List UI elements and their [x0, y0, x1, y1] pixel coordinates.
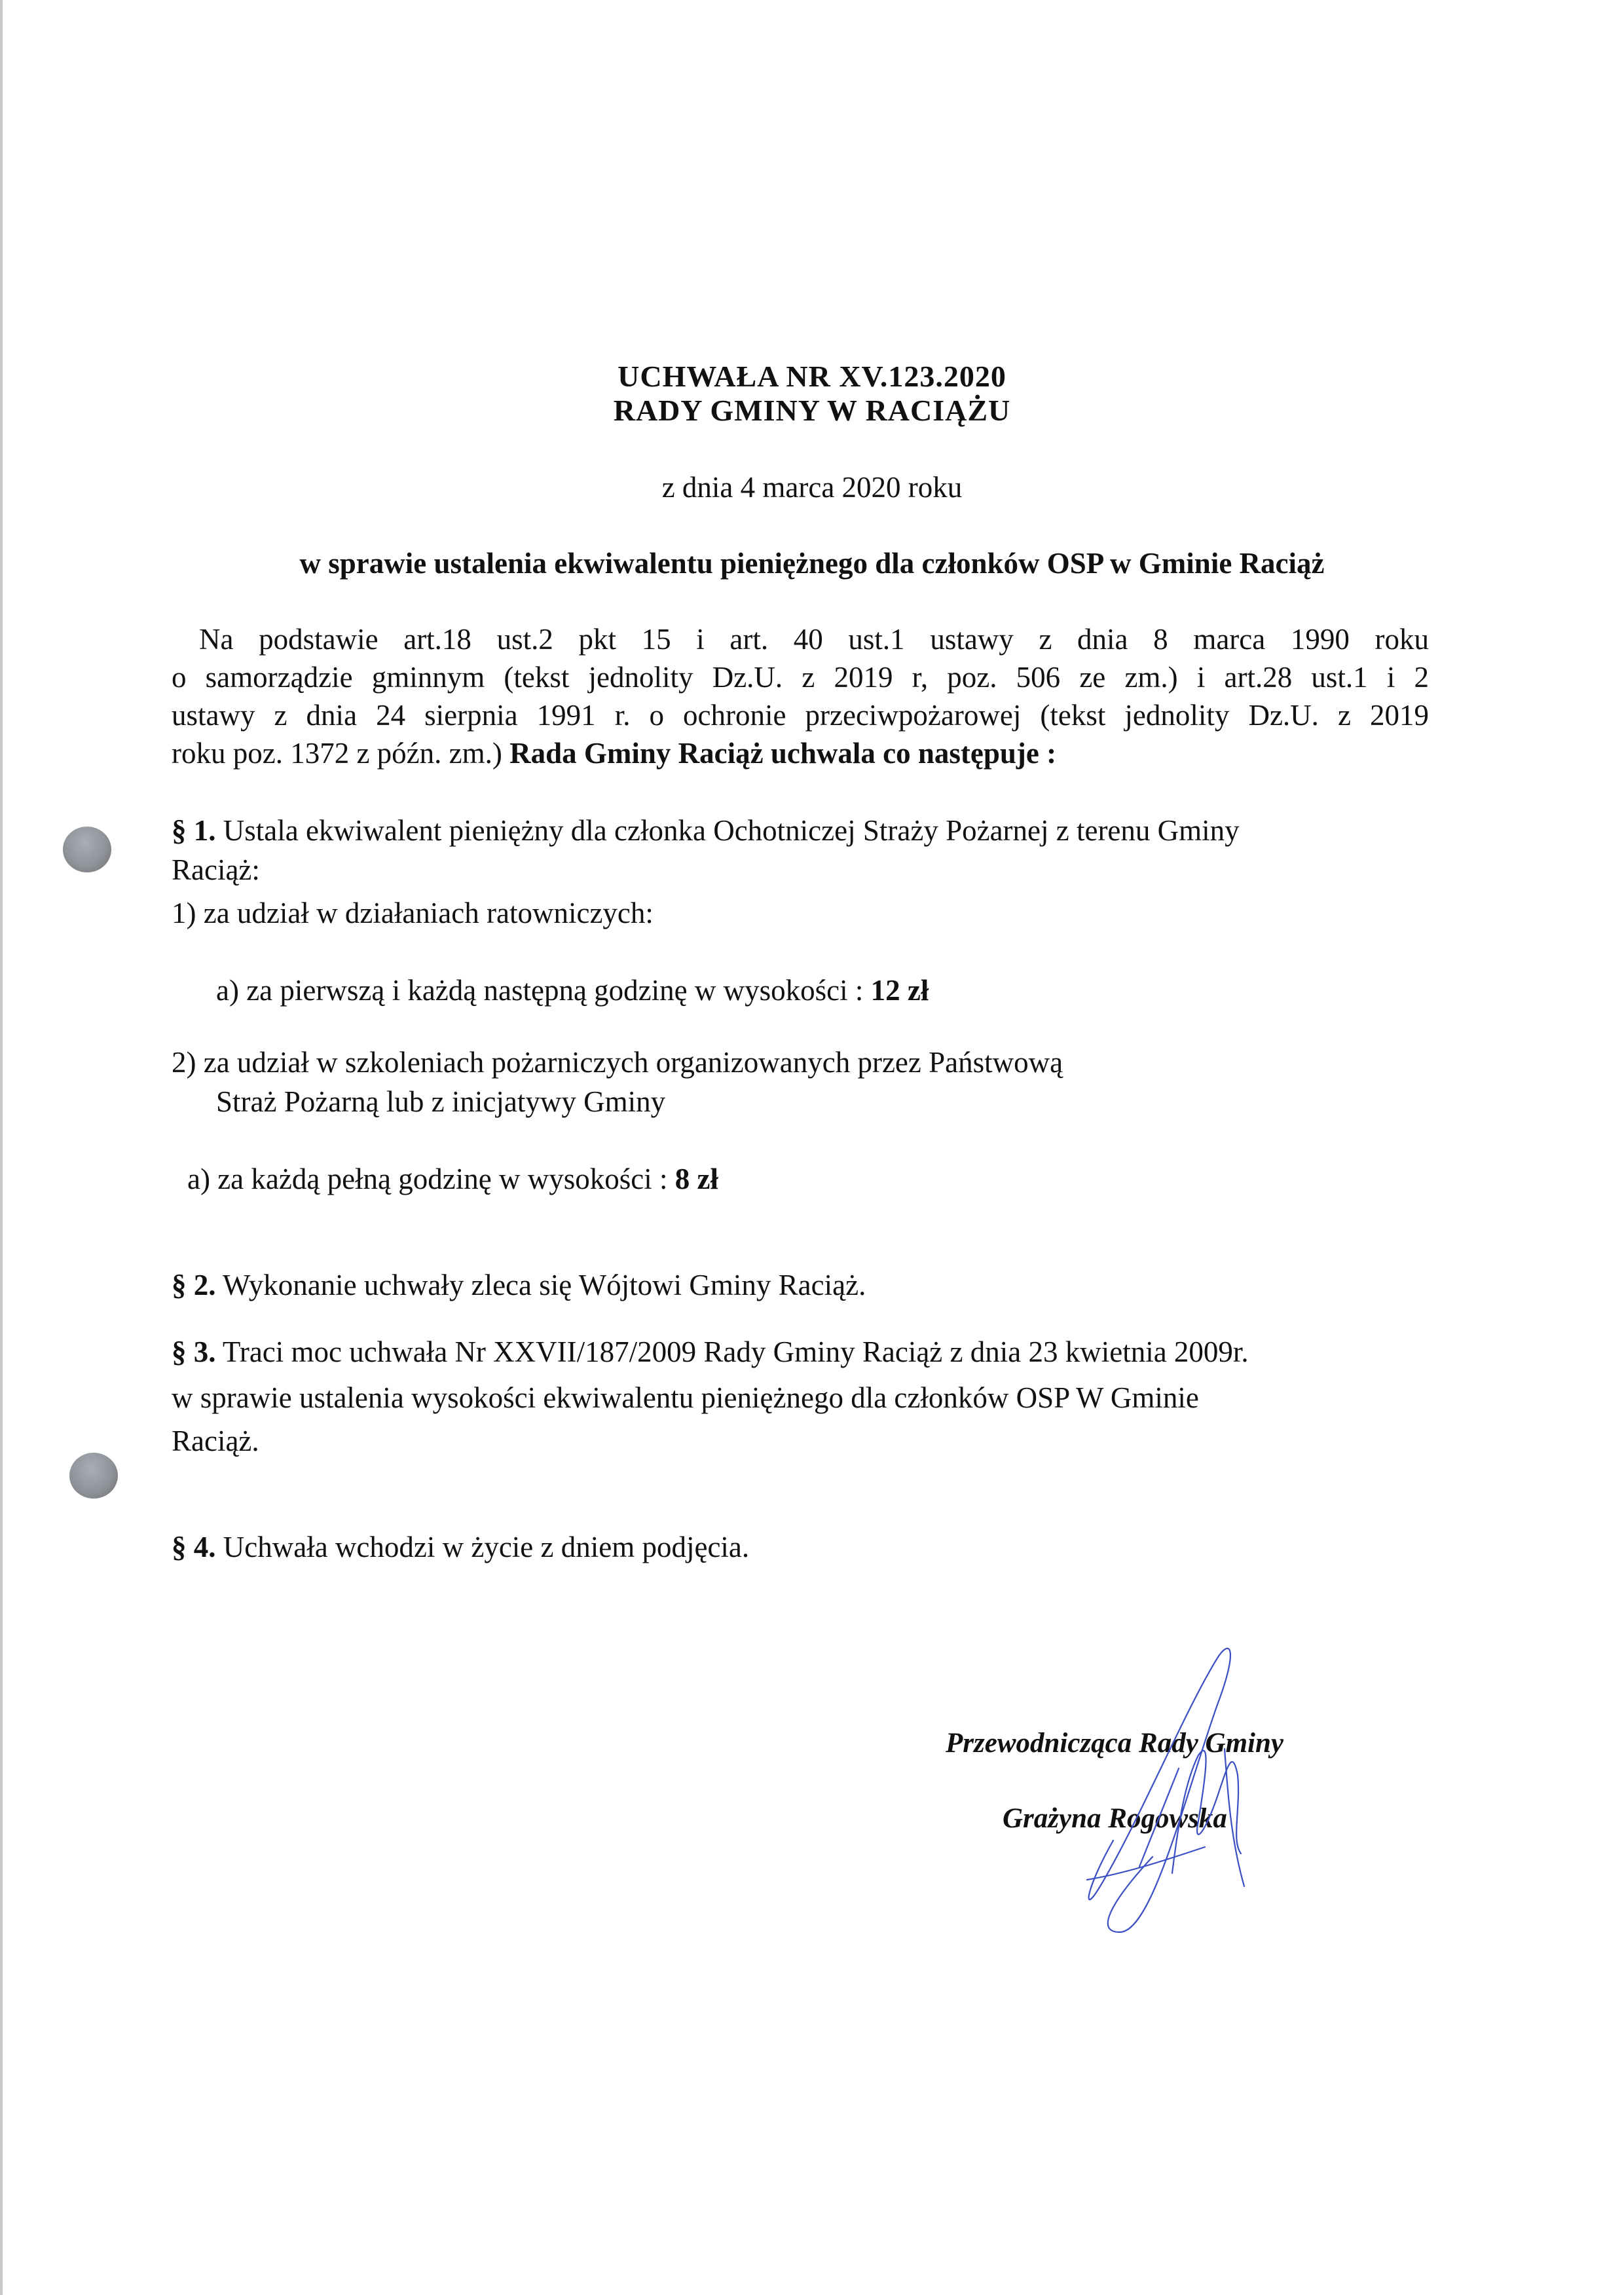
section-2: § 2. Wykonanie uchwały zleca się Wójtowi…: [172, 1271, 866, 1300]
section-text: Raciąż.: [172, 1427, 259, 1456]
section-text: w sprawie ustalenia wysokości ekwiwalent…: [172, 1383, 1199, 1413]
section-4: § 4. Uchwała wchodzi w życie z dniem pod…: [172, 1533, 749, 1562]
list-item: a) za każdą pełną godzinę w wysokości : …: [187, 1165, 718, 1194]
list-item: a) za pierwszą i każdą następną godzinę …: [216, 976, 929, 1005]
amount-value: 8 zł: [675, 1163, 718, 1195]
section-label: § 4.: [172, 1531, 216, 1563]
punch-hole-icon: [63, 827, 111, 872]
preamble-line: ustawy z dnia 24 sierpnia 1991 r. o ochr…: [172, 701, 1429, 730]
item-text: a) za każdą pełną godzinę w wysokości :: [187, 1163, 675, 1195]
list-item: 2) za udział w szkoleniach pożarniczych …: [172, 1048, 1063, 1077]
item-text: a) za pierwszą i każdą następną godzinę …: [216, 974, 871, 1007]
punch-hole-icon: [69, 1453, 118, 1499]
enactment-clause: Rada Gminy Raciąż uchwala co następuje :: [509, 737, 1056, 770]
handwritten-signature-icon: [1022, 1624, 1283, 1939]
scan-edge: [0, 0, 3, 2295]
list-item: 1) za udział w działaniach ratowniczych:: [172, 899, 654, 928]
section-text: Raciąż:: [172, 855, 260, 885]
section-label: § 1.: [172, 814, 216, 847]
list-item: Straż Pożarną lub z inicjatywy Gminy: [216, 1087, 665, 1117]
resolution-date: z dnia 4 marca 2020 roku: [0, 473, 1624, 502]
amount-value: 12 zł: [871, 974, 929, 1007]
section-3: § 3. Traci moc uchwała Nr XXVII/187/2009…: [172, 1337, 1249, 1367]
section-text: Wykonanie uchwały zleca się Wójtowi Gmin…: [216, 1269, 866, 1301]
section-text: Traci moc uchwała Nr XXVII/187/2009 Rady…: [216, 1335, 1249, 1368]
council-name: RADY GMINY W RACIĄŻU: [0, 396, 1624, 426]
section-text: Uchwała wchodzi w życie z dniem podjęcia…: [216, 1531, 750, 1563]
resolution-subject: w sprawie ustalenia ekwiwalentu pieniężn…: [0, 549, 1624, 578]
preamble-text: roku poz. 1372 z późn. zm.): [172, 737, 509, 770]
preamble-line: o samorządzie gminnym (tekst jednolity D…: [172, 663, 1429, 692]
preamble-line: Na podstawie art.18 ust.2 pkt 15 i art. …: [199, 625, 1429, 654]
section-text: Ustala ekwiwalent pieniężny dla członka …: [216, 814, 1240, 847]
resolution-number: UCHWAŁA NR XV.123.2020: [0, 362, 1624, 392]
section-label: § 3.: [172, 1335, 216, 1368]
preamble-line: roku poz. 1372 z późn. zm.) Rada Gminy R…: [172, 739, 1056, 768]
section-label: § 2.: [172, 1269, 216, 1301]
section-1: § 1. Ustala ekwiwalent pieniężny dla czł…: [172, 816, 1240, 846]
